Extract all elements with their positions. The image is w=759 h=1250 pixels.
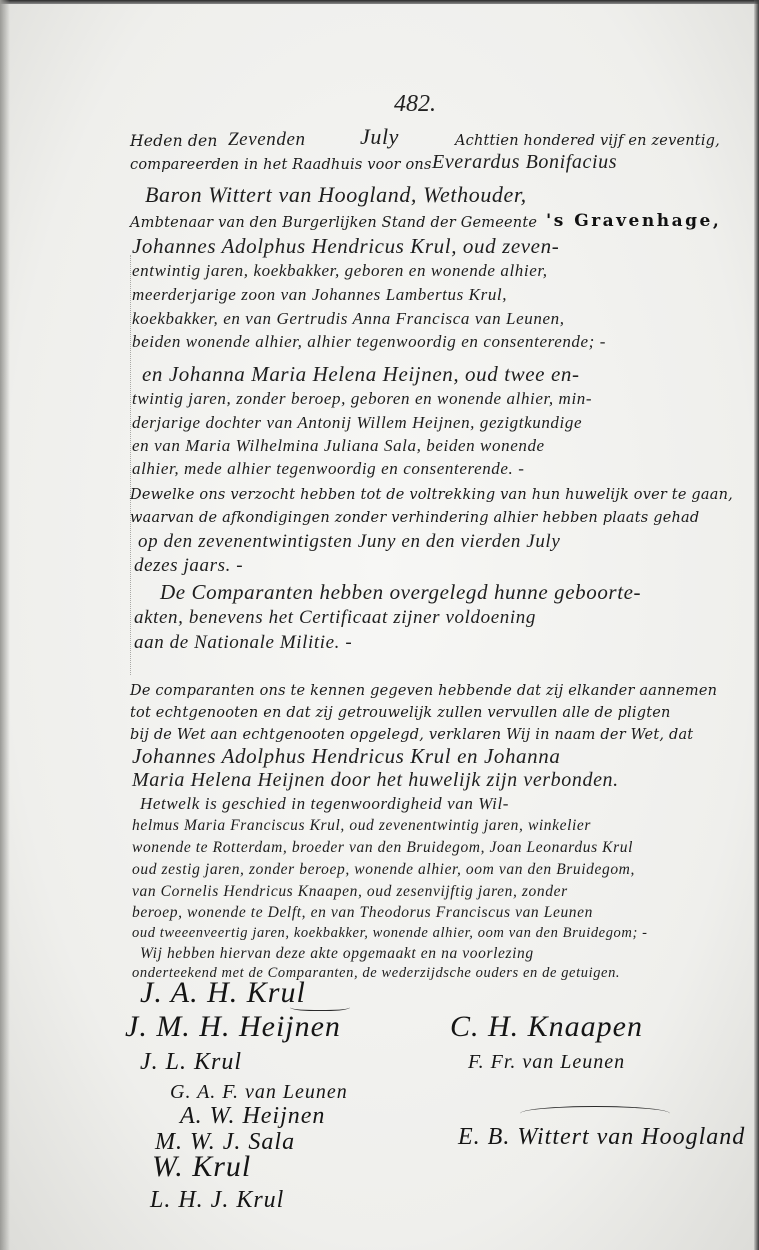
margin-rule <box>130 255 131 675</box>
hand-couple-line2: Maria Helena Heijnen door het huwelijk z… <box>132 770 619 790</box>
signature-bride: J. M. H. Heijnen <box>125 1012 341 1042</box>
registrar-flourish <box>520 1106 670 1121</box>
signature-groom-father: J. L. Krul <box>140 1050 242 1074</box>
printed-request: Dewelke ons verzocht hebben tot de voltr… <box>130 488 733 503</box>
page-left-edge <box>0 0 10 1250</box>
printed-heden-den: Heden den <box>130 134 218 150</box>
signature-registrar: E. B. Wittert van Hoogland <box>458 1125 745 1149</box>
hand-witness-1: helmus Maria Franciscus Krul, oud zevene… <box>132 818 591 834</box>
printed-declaration-3: bij de Wet aan echtgenooten opgelegd, ve… <box>130 728 693 743</box>
hand-documents-line2: akten, benevens het Certificaat zijner v… <box>134 608 536 627</box>
hand-witness-intro: Hetwelk is geschied in tegenwoordigheid … <box>140 795 509 812</box>
hand-bride-age: twintig jaren, zonder beroep, geboren en… <box>132 390 592 407</box>
hand-banns-dates: op den zevenentwintigsten Juny en den vi… <box>138 532 560 551</box>
page-number: 482. <box>394 92 436 116</box>
register-page: 482. Heden den Zevenden July Achttien ho… <box>0 0 759 1250</box>
hand-groom-parents-consent: beiden wonende alhier, alhier tegenwoord… <box>132 333 606 350</box>
signature-witness-van-leunen: F. Fr. van Leunen <box>468 1052 625 1072</box>
hand-groom-mother: koekbakker, en van Gertrudis Anna Franci… <box>132 310 565 327</box>
hand-bride-name: en Johanna Maria Helena Heijnen, oud twe… <box>142 364 580 385</box>
hand-closing-1: Wij hebben hiervan deze akte opgemaakt e… <box>140 946 534 962</box>
hand-this-year: dezes jaars. - <box>134 556 243 575</box>
printed-year: Achttien hondered vijf en zeventig, <box>455 134 720 149</box>
hand-month: July <box>360 126 399 148</box>
hand-groom-age: entwintig jaren, koekbakker, geboren en … <box>132 262 548 279</box>
hand-documents-line3: aan de Nationale Militie. - <box>134 633 352 652</box>
signature-witness-lhj-krul: L. H. J. Krul <box>150 1188 284 1212</box>
hand-witness-4: beroep, wonende te Delft, en van Theodor… <box>132 905 593 921</box>
municipality-name: 's Gravenhage, <box>546 213 721 230</box>
hand-groom-father: meerderjarige zoon van Johannes Lambertu… <box>132 286 507 303</box>
printed-banns: waarvan de afkondigingen zonder verhinde… <box>130 511 699 526</box>
printed-declaration-2: tot echtgenooten en dat zij getrouwelijk… <box>130 706 671 721</box>
printed-declaration-1: De comparanten ons te kennen gegeven heb… <box>130 684 717 699</box>
signature-witness-w-krul: W. Krul <box>152 1152 251 1182</box>
hand-day: Zevenden <box>228 130 306 149</box>
printed-ambtenaar: Ambtenaar van den Burgerlijken Stand der… <box>130 216 537 231</box>
hand-witness-2b: oud zestig jaren, zonder beroep, wonende… <box>132 862 635 878</box>
printed-compareerden: compareerden in het Raadhuis voor ons <box>130 158 432 173</box>
hand-witness-3: van Cornelis Hendricus Knaapen, oud zese… <box>132 884 568 900</box>
page-top-edge <box>0 0 759 4</box>
page-right-edge <box>754 0 759 1250</box>
hand-documents-line1: De Comparanten hebben overgelegd hunne g… <box>160 582 641 603</box>
hand-groom-name: Johannes Adolphus Hendricus Krul, oud ze… <box>132 236 559 257</box>
hand-couple-line1: Johannes Adolphus Hendricus Krul en Joha… <box>132 746 560 767</box>
hand-witness-4b: oud tweeenveertig jaren, koekbakker, won… <box>132 926 648 941</box>
hand-witness-2: wonende te Rotterdam, broeder van den Br… <box>132 840 633 856</box>
signature-bride-father: A. W. Heijnen <box>180 1104 325 1128</box>
signature-groom: J. A. H. Krul <box>140 978 306 1008</box>
hand-official-surname: Baron Wittert van Hoogland, Wethouder, <box>145 184 527 206</box>
hand-bride-parents-consent: alhier, mede alhier tegenwoordig en cons… <box>132 460 525 477</box>
hand-bride-mother: en van Maria Wilhelmina Juliana Sala, be… <box>132 437 545 454</box>
hand-official-given-names: Everardus Bonifacius <box>432 152 617 172</box>
signature-witness-knaapen: C. H. Knaapen <box>450 1012 643 1042</box>
signature-groom-mother: G. A. F. van Leunen <box>170 1082 348 1102</box>
hand-bride-father: derjarige dochter van Antonij Willem Hei… <box>132 414 582 431</box>
